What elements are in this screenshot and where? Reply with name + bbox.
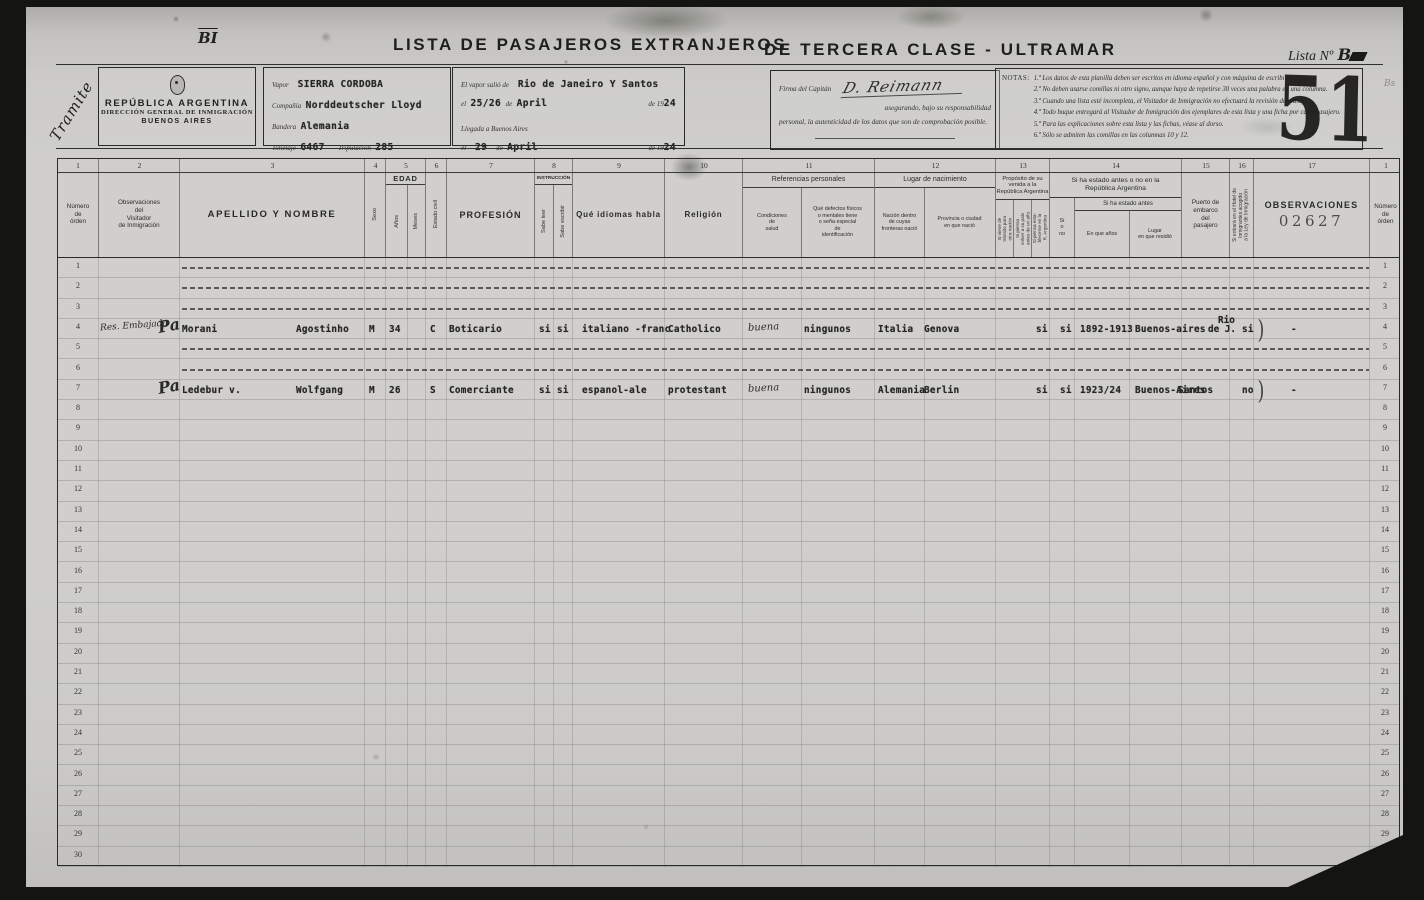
row-number-right: 24	[1369, 728, 1401, 737]
cell-proposito-si: si	[1036, 385, 1048, 396]
header-nacion: Nación dentro de cuyas fronteras nació	[882, 213, 918, 232]
header-meses: Meses	[413, 213, 419, 229]
agency-division: DIRECCIÓN GENERAL DE INMIGRACIÓN	[99, 109, 255, 116]
firma-label: Firma del Capitán	[779, 85, 831, 93]
header-observ-visitador: Observaciones del Visitador de Inmigraci…	[118, 199, 160, 229]
salida-label: El vapor salió de	[461, 81, 509, 89]
colnum-6: 6	[425, 159, 447, 172]
row-number-right: 8	[1369, 403, 1401, 412]
big-page-stamp: 51	[1275, 67, 1375, 150]
header-provincia: Provincia o ciudad en que nació	[937, 216, 981, 229]
row-number-left: 21	[58, 667, 98, 676]
captain-box: Firma del Capitán D. Reimann asegurando,…	[770, 70, 1000, 150]
table-header: Número de órden Observaciones del Visita…	[58, 172, 1399, 258]
cell-observacion: -	[1291, 385, 1297, 396]
header-profesion: PROFESIÓN	[459, 210, 521, 220]
header-referencias: Referencias personales	[772, 176, 846, 184]
header-edad: EDAD	[393, 174, 417, 183]
row-number-left: 2	[58, 281, 98, 290]
header-observaciones: OBSERVACIONES	[1265, 200, 1359, 210]
header-bottom-rule	[56, 148, 1383, 149]
ship-flag: Alemania	[301, 121, 350, 132]
scanned-passenger-list: BI Tramite LISTA DE PASAJEROS EXTRANJERO…	[0, 0, 1424, 900]
cell-religion: Catholico	[668, 324, 721, 335]
cell-puerto: Santos	[1178, 385, 1213, 396]
cell-defectos: ningunos	[804, 324, 851, 335]
colnum-9: 9	[572, 159, 665, 172]
row-number-right: 6	[1369, 363, 1401, 372]
cell-puerto-two-line: Riode J.	[1208, 316, 1236, 334]
table-row-13: 1313	[58, 502, 1399, 522]
typed-dash-filler	[182, 267, 1369, 269]
table-row-9: 99	[58, 420, 1399, 440]
cell-hotel: si	[1242, 324, 1254, 335]
captain-line1: asegurando, bajo su responsabilidad	[779, 104, 991, 112]
header-puerto-embarco: Puerto de embarco del pasajero	[1192, 199, 1219, 229]
cell-profesion: Boticario	[449, 324, 502, 335]
table-body: 11223344Res. EmbajadaPabuenaMoraniAgosti…	[58, 258, 1399, 867]
typed-dash-filler	[182, 369, 1369, 371]
captain-line2: personal, la autenticidad de los datos q…	[779, 118, 991, 126]
table-row-19: 1919	[58, 623, 1399, 643]
cell-sexo: M	[369, 324, 375, 335]
colnum-14: 14	[1049, 159, 1182, 172]
row-number-right: 17	[1369, 586, 1401, 595]
row-number-right: 13	[1369, 505, 1401, 514]
row-number-left: 3	[58, 302, 98, 311]
llegada-label: Llegada a Buenos Aires	[461, 125, 528, 133]
row-number-left: 16	[58, 566, 98, 575]
table-row-24: 2424	[58, 725, 1399, 745]
agency-city: BUENOS AIRES	[99, 116, 255, 125]
header-prop-sub2: Si piensa volver a su país antes de un a…	[1015, 212, 1031, 245]
cell-provincia: Berlin	[924, 385, 959, 396]
row-number-left: 19	[58, 626, 98, 635]
cell-nacion: Alemania	[878, 385, 925, 396]
cell-provincia: Genova	[924, 324, 959, 335]
table-row-5: 55	[58, 339, 1399, 359]
vapor-label: Vapor	[272, 81, 289, 89]
table-row-16: 1616	[58, 563, 1399, 583]
colnum-13: 13	[995, 159, 1050, 172]
header-top-rule	[56, 64, 1383, 65]
header-num-orden: Número de órden	[67, 203, 89, 226]
typed-dash-filler	[182, 348, 1369, 350]
cell-defectos: ningunos	[804, 385, 851, 396]
row-number-left: 22	[58, 687, 98, 696]
edge-pencil-mark: Bs	[1384, 79, 1395, 89]
row-number-right: 27	[1369, 789, 1401, 798]
row-number-left: 10	[58, 444, 98, 453]
header-religion: Religión	[685, 210, 723, 219]
row-number-left: 20	[58, 647, 98, 656]
colnum-7: 7	[446, 159, 535, 172]
header-idiomas: Qué idiomas habla	[576, 210, 661, 219]
bandera-label: Bandera	[272, 123, 296, 131]
voyage-box: El vapor salió de Rio de Janeiro Y Santo…	[452, 67, 685, 146]
ship-box: Vapor SIERRA CORDOBA Compañía Norddeutsc…	[263, 67, 451, 146]
cell-en-anios: 1923/24	[1080, 385, 1121, 396]
colnum-10: 10	[664, 159, 743, 172]
header-anios: Años	[394, 215, 400, 228]
row-number-left: 30	[58, 850, 98, 859]
table-row-29: 2929	[58, 826, 1399, 846]
cell-religion: protestant	[668, 385, 727, 396]
header-si-o-no: Sí o no	[1059, 218, 1065, 237]
table-row-12: 1212	[58, 481, 1399, 501]
observaciones-stamp-number: 02627	[1279, 212, 1344, 230]
notas-label: NOTAS:	[1002, 73, 1030, 141]
cell-sabe-escribir: si	[557, 324, 569, 335]
cell-sexo: M	[369, 385, 375, 396]
row-number-left: 25	[58, 748, 98, 757]
table-row-17: 1717	[58, 583, 1399, 603]
table-row-7: 77PabuenaLedebur v.WolfgangM26SComercian…	[58, 380, 1399, 400]
cell-estado-civil: C	[430, 324, 436, 335]
header-salud: Condiciones de salud	[757, 213, 787, 232]
row-number-left: 26	[58, 769, 98, 778]
header-prop-sub1: Si viene de tránsito para otra nación	[997, 216, 1013, 242]
table-row-22: 2222	[58, 684, 1399, 704]
table-row-26: 2626	[58, 766, 1399, 786]
argentina-coat-of-arms-icon	[170, 75, 185, 95]
table-row-3: 33	[58, 299, 1399, 319]
colnum-4: 4	[364, 159, 386, 172]
table-row-2: 22	[58, 278, 1399, 298]
document-title-right: DE TERCERA CLASE - ULTRAMAR	[764, 40, 1117, 60]
header-sabe-escribir: Sabe escribir	[560, 205, 566, 238]
row-number-right: 23	[1369, 708, 1401, 717]
handwritten-margin-signature: Tramite	[46, 78, 97, 144]
header-num-orden-right: Número de órden	[1374, 203, 1396, 226]
colnum-3: 3	[179, 159, 365, 172]
header-proposito: Propósito de su venida a la República Ar…	[997, 176, 1049, 196]
row-number-right: 20	[1369, 647, 1401, 656]
table-row-20: 2020	[58, 644, 1399, 664]
row-number-right: 18	[1369, 606, 1401, 615]
handwritten-salud: buena	[748, 382, 780, 395]
typed-dash-filler	[182, 308, 1369, 310]
signature-rule	[815, 138, 955, 139]
table-row-11: 1111	[58, 461, 1399, 481]
row-number-right: 19	[1369, 626, 1401, 635]
row-number-left: 28	[58, 809, 98, 818]
row-number-right: 5	[1369, 342, 1401, 351]
table-row-18: 1818	[58, 603, 1399, 623]
torn-corner	[1288, 835, 1403, 887]
cell-estuvo-si: si	[1060, 385, 1072, 396]
cell-apellido: Morani	[182, 324, 217, 335]
cell-sabe-leer: si	[539, 324, 551, 335]
row-number-left: 27	[58, 789, 98, 798]
row-number-left: 18	[58, 606, 98, 615]
row-number-right: 12	[1369, 484, 1401, 493]
row-number-left: 24	[58, 728, 98, 737]
passenger-table: 1 2 3 4 5 6 7 8 9 10 11 12 13 14 15 16 1…	[57, 158, 1400, 866]
salida-puerto: Rio de Janeiro Y Santos	[518, 79, 659, 90]
cell-observacion: -	[1291, 324, 1297, 335]
row-number-left: 23	[58, 708, 98, 717]
cell-nacion: Italia	[878, 324, 913, 335]
colnum-12: 12	[874, 159, 996, 172]
cell-sabe-escribir: si	[557, 385, 569, 396]
header-ha-estado-antes: Si ha estado antes	[1103, 201, 1153, 207]
cell-profesion: Comerciante	[449, 385, 514, 396]
ship-name: SIERRA CORDOBA	[298, 79, 384, 90]
cell-residio: Buenos-aires	[1135, 324, 1206, 335]
row-number-right: 2	[1369, 281, 1401, 290]
header-estado-civil: Estado civil	[433, 200, 439, 228]
handwritten-series-mark: BI	[198, 29, 218, 47]
paper-sheet: BI Tramite LISTA DE PASAJEROS EXTRANJERO…	[26, 7, 1403, 887]
header-en-que-anios: En que años	[1087, 231, 1117, 237]
compania-label: Compañía	[272, 102, 301, 110]
colnum-2: 2	[98, 159, 180, 172]
header-sabe-leer: Sabe leer	[541, 209, 547, 233]
cell-anios: 34	[389, 324, 401, 335]
salida-mes: April	[517, 98, 548, 109]
row-number-left: 5	[58, 342, 98, 351]
table-row-4: 44Res. EmbajadaPabuenaMoraniAgostinhoM34…	[58, 319, 1399, 339]
colnum-1: 1	[58, 159, 98, 172]
colnum-11: 11	[742, 159, 875, 172]
cell-nombre: Wolfgang	[296, 385, 343, 396]
cell-idiomas: espanol-ale	[582, 385, 647, 396]
column-number-strip: 1 2 3 4 5 6 7 8 9 10 11 12 13 14 15 16 1…	[58, 159, 1399, 173]
cell-anios: 26	[389, 385, 401, 396]
handwritten-initials: Pa	[157, 375, 182, 398]
row-number-right: 25	[1369, 748, 1401, 757]
row-number-left: 8	[58, 403, 98, 412]
row-number-left: 12	[58, 484, 98, 493]
row-number-left: 11	[58, 464, 98, 473]
row-number-left: 17	[58, 586, 98, 595]
captain-signature: D. Reimann	[841, 75, 968, 98]
cell-en-anios: 1892-1913	[1080, 324, 1133, 335]
table-row-30: 3030	[58, 847, 1399, 867]
row-number-right: 14	[1369, 525, 1401, 534]
document-title-left: LISTA DE PASAJEROS EXTRANJEROS	[393, 35, 787, 55]
row-number-left: 4	[58, 322, 98, 331]
salida-dia: 25/26	[471, 98, 502, 109]
table-row-25: 2525	[58, 745, 1399, 765]
table-row-15: 1515	[58, 542, 1399, 562]
cell-estado-civil: S	[430, 385, 436, 396]
cell-proposito-si: si	[1036, 324, 1048, 335]
agency-box: REPÚBLICA ARGENTINA DIRECCIÓN GENERAL DE…	[98, 67, 256, 146]
header-apellido: APELLIDO Y NOMBRE	[208, 209, 337, 220]
typed-dash-filler	[182, 287, 1369, 289]
table-row-21: 2121	[58, 664, 1399, 684]
row-number-left: 13	[58, 505, 98, 514]
header-lugar-residio: Lugar en que residió	[1138, 228, 1172, 241]
row-number-right: 22	[1369, 687, 1401, 696]
row-number-left: 29	[58, 829, 98, 838]
handwritten-initials: Pa	[157, 314, 182, 337]
agency-name: REPÚBLICA ARGENTINA	[99, 98, 255, 109]
table-row-1: 11	[58, 258, 1399, 278]
cell-hotel: no	[1242, 385, 1254, 396]
row-number-right: 16	[1369, 566, 1401, 575]
row-number-right: 3	[1369, 302, 1401, 311]
row-number-left: 9	[58, 423, 98, 432]
cell-nombre: Agostinho	[296, 324, 349, 335]
row-number-right: 28	[1369, 809, 1401, 818]
colnum-8: 8	[534, 159, 573, 172]
row-number-right: 10	[1369, 444, 1401, 453]
table-row-23: 2323	[58, 705, 1399, 725]
table-row-8: 88	[58, 400, 1399, 420]
colnum-5: 5	[385, 159, 426, 172]
row-number-left: 7	[58, 383, 98, 392]
salida-anio: 24	[664, 98, 676, 109]
header-lugar-nacimiento: Lugar de nacimiento	[903, 176, 966, 184]
row-number-right: 1	[1369, 261, 1401, 270]
colnum-1r: 1	[1369, 159, 1402, 172]
row-number-left: 14	[58, 525, 98, 534]
table-row-10: 1010	[58, 441, 1399, 461]
row-number-right: 21	[1369, 667, 1401, 676]
header-defectos: Qué defectos físicos o mentales tiene o …	[813, 206, 862, 238]
table-row-6: 66	[58, 360, 1399, 380]
row-number-left: 6	[58, 363, 98, 372]
table-row-27: 2727	[58, 786, 1399, 806]
colnum-15: 15	[1181, 159, 1230, 172]
row-number-left: 15	[58, 545, 98, 554]
de19-label: de 19	[648, 100, 663, 108]
cell-apellido: Ledebur v.	[182, 385, 241, 396]
row-number-right: 26	[1369, 769, 1401, 778]
cell-estuvo-si: si	[1060, 324, 1072, 335]
cell-idiomas: italiano -franc	[582, 324, 670, 335]
row-number-right: 9	[1369, 423, 1401, 432]
handwritten-salud: buena	[748, 321, 780, 334]
row-number-right: 4	[1369, 322, 1401, 331]
header-sexo: Sexo	[372, 208, 378, 221]
row-number-right: 7	[1369, 383, 1401, 392]
header-estado-antes: Si ha estado antes o no en la República …	[1071, 177, 1159, 192]
ship-company: Norddeutscher Lloyd	[306, 100, 422, 111]
de-label: de	[506, 100, 513, 108]
table-row-14: 1414	[58, 522, 1399, 542]
header-instruccion: INSTRUCCIÓN	[537, 176, 570, 181]
row-number-right: 15	[1369, 545, 1401, 554]
header-hotel-inmigrantes: Si entrará en el Hotel de Inmigrantes ac…	[1233, 188, 1250, 242]
el-label: el	[461, 100, 466, 108]
table-row-28: 2828	[58, 806, 1399, 826]
header-prop-sub3: Si piensa esta- blecerse en la R. Argent…	[1032, 213, 1048, 243]
cell-sabe-leer: si	[539, 385, 551, 396]
colnum-16: 16	[1229, 159, 1254, 172]
row-number-left: 1	[58, 261, 98, 270]
row-number-right: 11	[1369, 464, 1401, 473]
